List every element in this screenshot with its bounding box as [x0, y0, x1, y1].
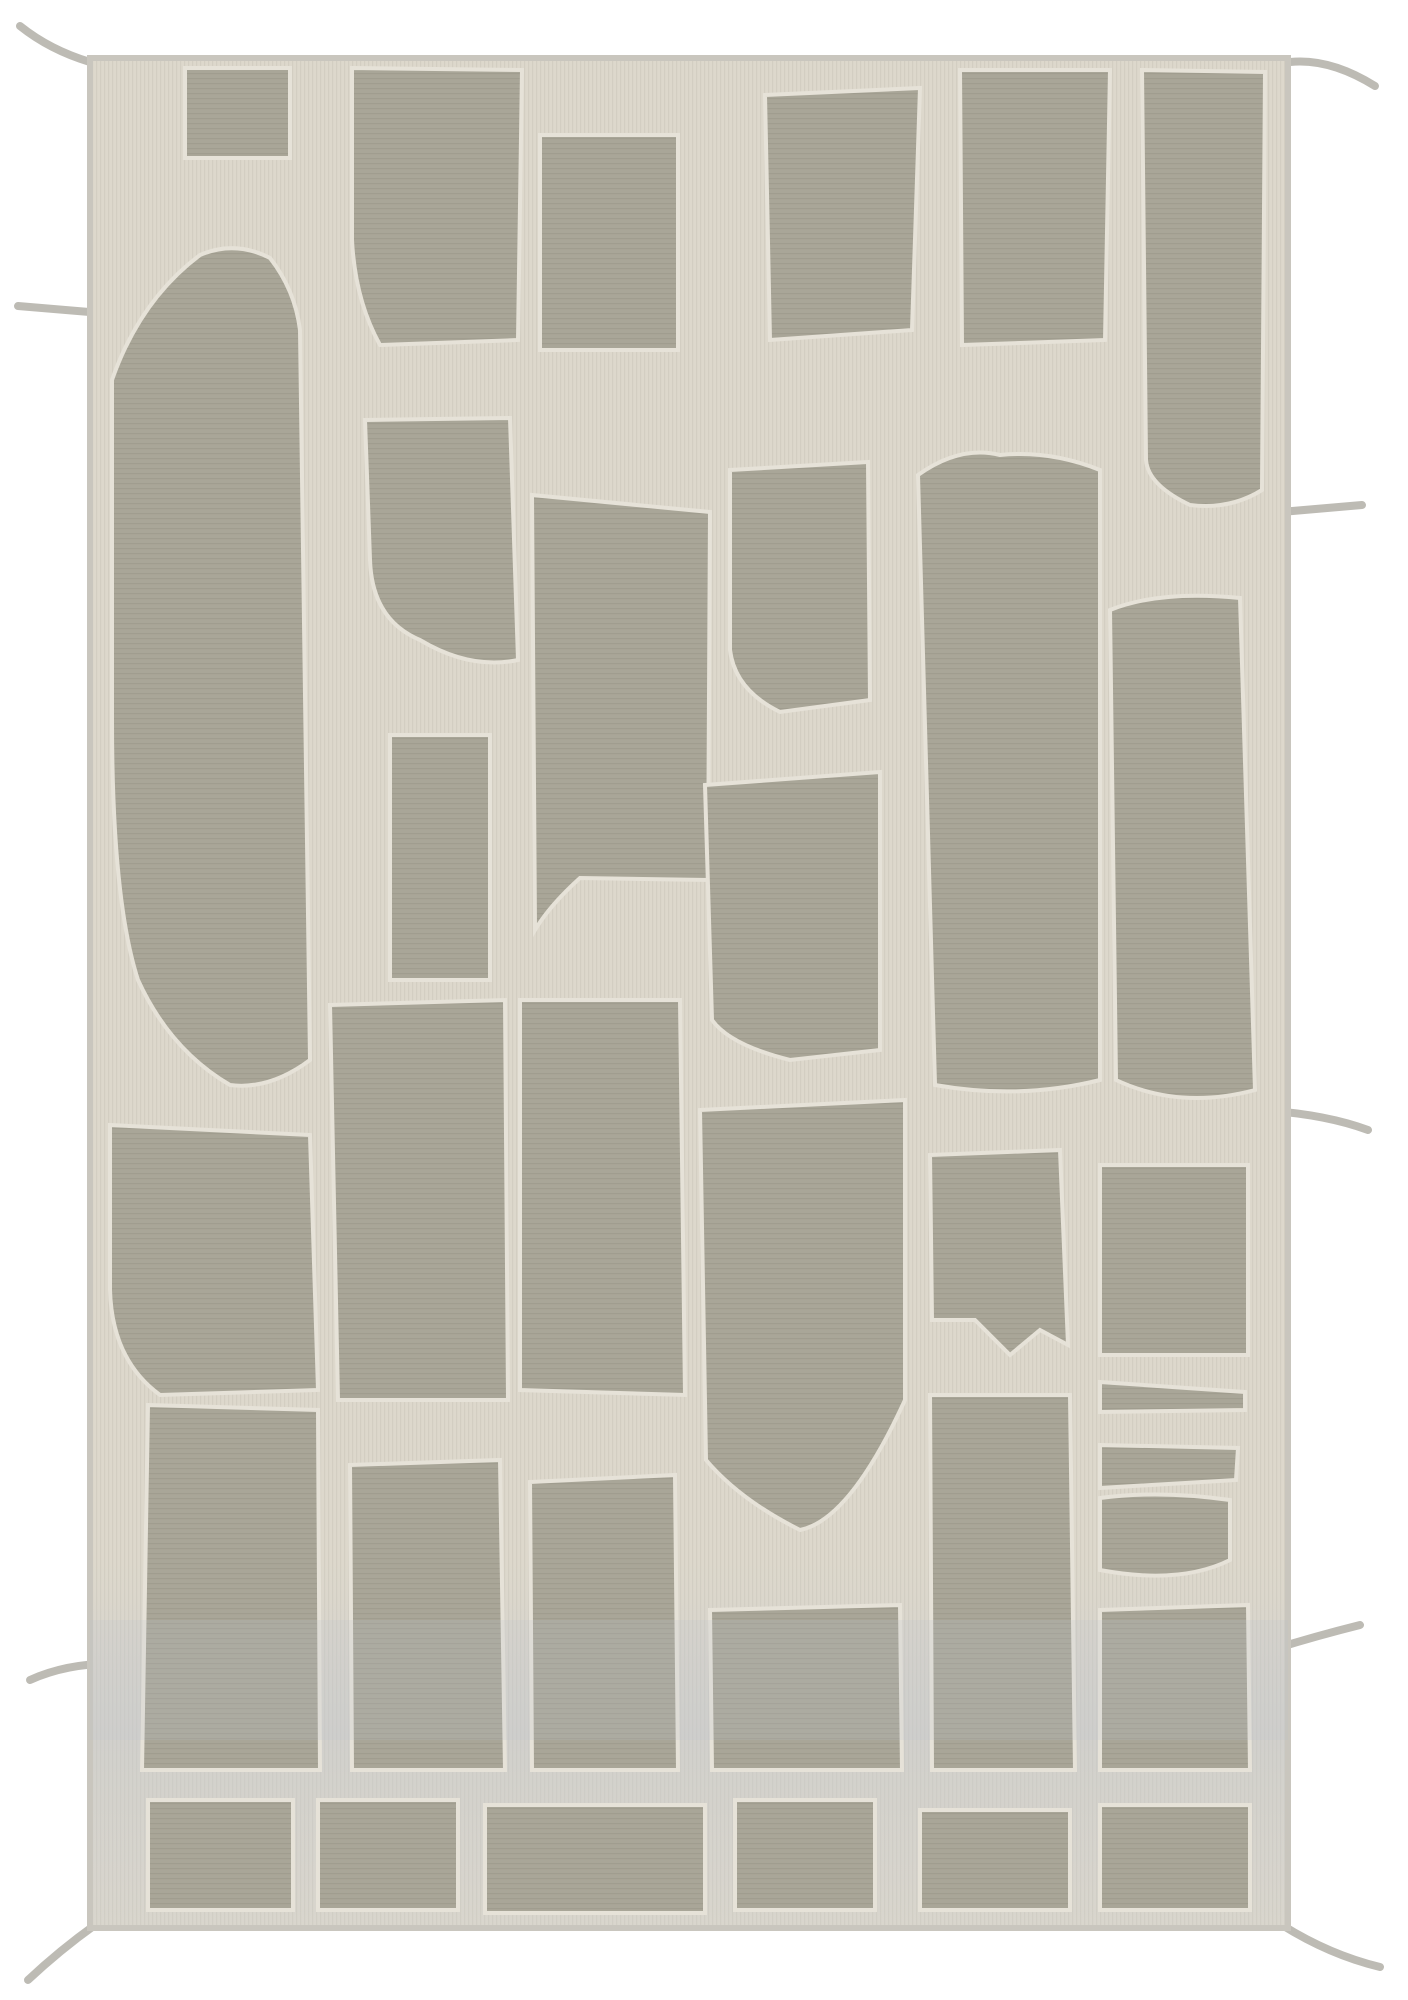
tie-bottom-left — [28, 1925, 95, 1980]
tie-bottom-right — [1282, 1925, 1380, 1967]
tie-top-left — [20, 26, 90, 62]
tie-top-right — [1290, 62, 1375, 87]
rug-photo — [0, 0, 1408, 2000]
rug-illustration — [0, 0, 1408, 2000]
